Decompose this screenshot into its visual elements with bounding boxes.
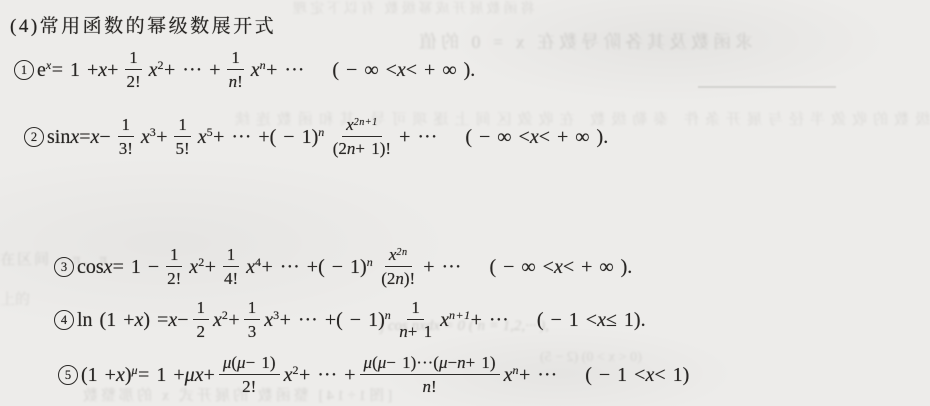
fraction-denominator: (2n)! (377, 267, 419, 289)
math-text: + (228, 309, 239, 332)
math-text: ( − ∞ < (489, 256, 553, 279)
fraction: μ(μ − 1)···(μ − n + 1)n! (360, 353, 500, 396)
convergence-interval: ( − ∞ < x < + ∞ ). (332, 59, 475, 82)
math-text: ( − ∞ < (332, 59, 396, 82)
math-variable: x (645, 364, 654, 387)
math-variable: x (70, 126, 79, 149)
superscript-group: ( − 1)n (270, 126, 325, 149)
fraction-denominator: 2! (238, 375, 260, 397)
superscript-group: x2 (284, 364, 299, 387)
math-text: + ··· + (262, 256, 319, 279)
math-text: 1 (411, 298, 420, 318)
math-variable: n (229, 72, 238, 92)
math-text: (2 (381, 269, 395, 289)
math-exponent: 2 (198, 255, 205, 270)
math-exponent: 5 (207, 125, 214, 140)
math-text: 1 (248, 298, 257, 318)
fraction: μ(μ − 1)2! (219, 353, 280, 396)
fraction-numerator: 1 (166, 245, 183, 267)
superscript-group: x2n (389, 245, 408, 265)
fraction-numerator: μ(μ − 1)···(μ − n + 1) (360, 353, 500, 375)
math-base: ( − 1) (336, 309, 385, 332)
superscript-group: ( − 1)n (336, 309, 391, 332)
math-text: − (447, 353, 457, 373)
math-variable: x (530, 126, 539, 149)
math-text: ( − 1 < (537, 309, 597, 332)
math-variable: x (104, 256, 113, 279)
math-text: + 1) (466, 353, 496, 373)
math-exponent: 2n (396, 247, 407, 259)
math-text: ≤ 1). (606, 309, 646, 332)
math-base: x (189, 256, 198, 279)
math-base: ( − 1) (270, 126, 319, 149)
superscript-group: xn (251, 59, 266, 82)
math-text: + ··· + (164, 59, 221, 82)
superscript-group: )μ (125, 364, 138, 387)
math-text: + ··· + (213, 126, 270, 149)
bleed-through-text: 上的 (0, 288, 30, 309)
fraction-numerator: 1 (227, 48, 244, 70)
math-exponent: 2n+1 (354, 117, 378, 129)
math-base: x (149, 59, 158, 82)
fraction: 13 (244, 298, 261, 341)
math-text: + ··· + (299, 364, 356, 387)
fraction: x2n+1(2n + 1)! (329, 115, 395, 158)
math-text: (2 (333, 139, 347, 159)
math-base: x (213, 309, 222, 332)
math-text: 1 (227, 245, 236, 265)
fraction: 14! (220, 245, 242, 288)
math-text: 2 (197, 322, 206, 342)
item-number-circle: 4 (54, 310, 74, 330)
math-variable: n (399, 322, 408, 342)
math-text: + ··· + (280, 309, 337, 332)
fraction-numerator: 1 (223, 245, 240, 267)
fraction-denominator: n! (418, 375, 440, 397)
math-text: 2! (242, 377, 256, 397)
superscript-group: xn+1 (440, 309, 471, 332)
math-text: 2! (126, 72, 140, 92)
fraction: 15! (172, 115, 194, 158)
superscript-group: x2 (213, 309, 228, 332)
math-text: 1 (129, 48, 138, 68)
math-variable: n (422, 377, 431, 397)
math-text: − (99, 126, 110, 149)
math-text: + 1 (408, 322, 432, 342)
bleed-through-rule (698, 86, 836, 88)
math-text: − (177, 309, 188, 332)
math-text: < 1) (654, 364, 689, 387)
item-number-circle: 3 (54, 257, 74, 277)
math-variable: x (116, 364, 125, 387)
math-base: ) (125, 364, 132, 387)
math-text: ! (237, 72, 243, 92)
math-variable: x (597, 309, 606, 332)
superscript-group: x3 (141, 126, 156, 149)
math-text: 1 (122, 115, 131, 135)
math-text: ) = (143, 309, 168, 332)
fraction: 1n! (225, 48, 247, 91)
math-text: 3! (119, 139, 133, 159)
formula-cos-series: 3cos x = 1 − 12!x2 + 14!x4 + ··· + ( − 1… (54, 240, 632, 294)
fraction-numerator: 1 (407, 298, 424, 320)
math-text: cos (77, 256, 104, 279)
fraction: 1n + 1 (395, 298, 436, 341)
math-text: ln (1 + (77, 309, 135, 332)
math-text: = 1 − (113, 256, 160, 279)
superscript-group: x2 (149, 59, 164, 82)
fraction: 12! (163, 245, 185, 288)
math-exponent: x (46, 58, 52, 73)
fraction-denominator: 3! (115, 137, 137, 159)
math-text: < + ∞ ). (406, 59, 475, 82)
math-text: + ··· (471, 309, 509, 332)
math-exponent: n (512, 363, 519, 378)
scanned-textbook-page: 求函数及其各阶导数在 x = 0 的值 将函数展开成幂级数 有以下定理 级数的收… (0, 0, 930, 406)
formula-binomial-series: 5(1 + x)μ = 1 + μx + μ(μ − 1)2!x2 + ··· … (58, 347, 689, 403)
math-text: sin (47, 126, 70, 149)
fraction-denominator: 2 (193, 320, 210, 342)
fraction-numerator: 1 (118, 115, 135, 137)
math-text: 5! (176, 139, 190, 159)
math-variable: μx (185, 364, 204, 387)
bleed-through-text: 将函数展开成幂级数 有以下定理 (290, 0, 535, 18)
math-base: e (37, 59, 46, 82)
fraction-denominator: 5! (172, 137, 194, 159)
math-text: )! (404, 269, 415, 289)
math-exponent: 2 (292, 363, 299, 378)
math-text: + (107, 59, 118, 82)
math-text: < + ∞ ). (539, 126, 608, 149)
formula-exp-series: 1ex = 1 + x + 12!x2 + ··· + 1n!xn + ···(… (14, 45, 475, 95)
fraction-numerator: 1 (244, 298, 261, 320)
fraction-numerator: 1 (193, 298, 210, 320)
superscript-group: x3 (264, 309, 279, 332)
superscript-group: xn (504, 364, 519, 387)
math-variable: n (395, 269, 404, 289)
math-text: 1 (170, 245, 179, 265)
math-text: + (156, 126, 167, 149)
math-text: + ··· (399, 126, 437, 149)
math-variable: μ (237, 353, 246, 373)
convergence-interval: ( − 1 < x < 1) (585, 364, 689, 387)
superscript-group: ( − 1)n (318, 256, 373, 279)
fraction-numerator: 1 (125, 48, 142, 70)
section-heading: (4)常用函数的幂级数展开式 (10, 11, 276, 38)
math-base: x (198, 126, 207, 149)
math-text: + ··· (266, 59, 304, 82)
math-base: x (251, 59, 260, 82)
fraction: 13! (115, 115, 137, 158)
math-text: ( − 1 < (585, 364, 645, 387)
math-base: x (141, 126, 150, 149)
math-text: 3 (248, 322, 257, 342)
math-exponent: n (385, 308, 392, 323)
superscript-group: x4 (246, 256, 261, 279)
math-text: 1 (231, 48, 240, 68)
fraction: 12 (193, 298, 210, 341)
convergence-interval: ( − ∞ < x < + ∞ ). (465, 126, 608, 149)
fraction-denominator: n + 1 (395, 320, 436, 342)
math-exponent: 3 (273, 308, 280, 323)
math-text: 1 (178, 115, 187, 135)
convergence-interval: ( − ∞ < x < + ∞ ). (489, 256, 632, 279)
math-exponent: 2 (222, 308, 229, 323)
fraction-denominator: n! (225, 70, 247, 92)
fraction: x2n(2n)! (377, 245, 419, 288)
fraction-denominator: 2! (163, 267, 185, 289)
math-text: ! (431, 377, 437, 397)
math-exponent: n (260, 58, 267, 73)
math-base: x (346, 115, 354, 135)
fraction-numerator: x2n+1 (342, 115, 382, 137)
math-text: < + ∞ ). (563, 256, 632, 279)
formula-sin-series: 2sin x = x − 13!x3 + 15!x5 + ··· + ( − 1… (24, 110, 608, 164)
math-variable: x (397, 59, 406, 82)
superscript-group: ex (37, 59, 52, 82)
math-text: + 1)! (355, 139, 391, 159)
math-base: ( − 1) (318, 256, 367, 279)
fraction-denominator: 2! (122, 70, 144, 92)
math-exponent: n (367, 255, 374, 270)
math-exponent: 4 (255, 255, 262, 270)
math-text: = 1 + (52, 59, 99, 82)
superscript-group: x5 (198, 126, 213, 149)
math-text: − 1) (246, 353, 276, 373)
math-text: + (204, 364, 215, 387)
math-exponent: 2 (158, 58, 165, 73)
math-exponent: n (318, 125, 325, 140)
math-text: + ··· (519, 364, 557, 387)
math-exponent: n+1 (449, 308, 471, 323)
superscript-group: x2n+1 (346, 115, 378, 135)
math-base: x (246, 256, 255, 279)
fraction-denominator: (2n + 1)! (329, 137, 395, 159)
item-number-circle: 2 (24, 127, 44, 147)
math-text: − 1)···( (386, 353, 439, 373)
math-text: 2! (167, 269, 181, 289)
fraction-denominator: 3 (244, 320, 261, 342)
item-number-circle: 1 (14, 60, 34, 80)
math-variable: μ (378, 353, 387, 373)
math-variable: x (91, 126, 100, 149)
fraction-denominator: 4! (220, 267, 242, 289)
math-base: x (264, 309, 273, 332)
formula-ln-series: 4ln (1 + x) = x − 12x2 + 13x3 + ··· + ( … (54, 297, 646, 343)
math-variable: μ (364, 353, 373, 373)
math-text: = (79, 126, 90, 149)
math-text: 1 (197, 298, 206, 318)
fraction: 12! (122, 48, 144, 91)
fraction-numerator: x2n (385, 245, 412, 267)
superscript-group: x2 (189, 256, 204, 279)
fraction-numerator: 1 (174, 115, 191, 137)
math-exponent: 3 (150, 125, 157, 140)
math-text: + (205, 256, 216, 279)
math-base: x (440, 309, 449, 332)
math-text: + ··· (423, 256, 461, 279)
math-text: ( − ∞ < (465, 126, 529, 149)
convergence-interval: ( − 1 < x ≤ 1). (537, 309, 646, 332)
math-variable: n (457, 353, 466, 373)
math-text: (1 + (81, 364, 116, 387)
item-number-circle: 5 (58, 365, 78, 385)
fraction-numerator: μ(μ − 1) (219, 353, 280, 375)
math-text: = 1 + (138, 364, 185, 387)
math-variable: x (554, 256, 563, 279)
math-variable: x (98, 59, 107, 82)
math-exponent: μ (132, 363, 139, 378)
math-variable: x (168, 309, 177, 332)
math-text: 4! (224, 269, 238, 289)
